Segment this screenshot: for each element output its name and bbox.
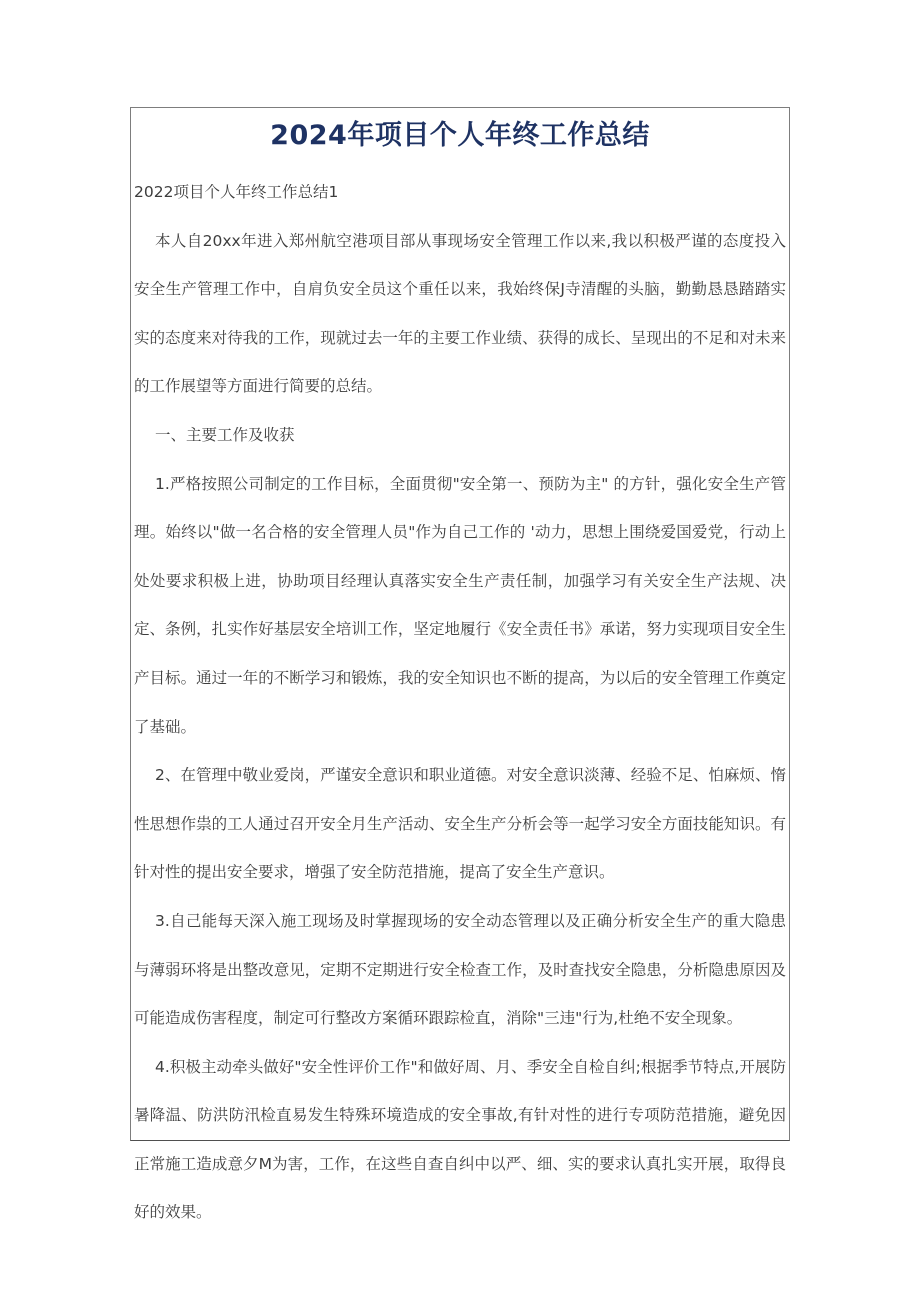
paragraph-item-1: 1.严格按照公司制定的工作目标，全面贯彻"安全第一、预防为主" 的方针，强化安全… xyxy=(134,460,786,752)
paragraph-item-3: 3.自己能每天深入施工现场及时掌握现场的安全动态管理以及正确分析安全生产的重大隐… xyxy=(134,897,786,1043)
section-heading-main-work: 一、主要工作及收获 xyxy=(134,411,786,460)
document-page: 2024年项目个人年终工作总结 2022项目个人年终工作总结1 本人自20xx年… xyxy=(130,107,790,1141)
document-subtitle: 2022项目个人年终工作总结1 xyxy=(134,168,786,217)
paragraph-intro: 本人自20xx年进入郑州航空港项目部从事现场安全管理工作以来,我以积极严谨的态度… xyxy=(134,217,786,411)
paragraph-item-4: 4.积极主动牵头做好"安全性评价工作"和做好周、月、季安全自检自纠;根据季节特点… xyxy=(134,1043,786,1237)
document-title: 2024年项目个人年终工作总结 xyxy=(133,117,787,155)
paragraph-item-2: 2、在管理中敬业爱岗，严谨安全意识和职业道德。对安全意识淡薄、经验不足、怕麻烦、… xyxy=(134,751,786,897)
document-body: 2022项目个人年终工作总结1 本人自20xx年进入郑州航空港项目部从事现场安全… xyxy=(131,168,789,1237)
